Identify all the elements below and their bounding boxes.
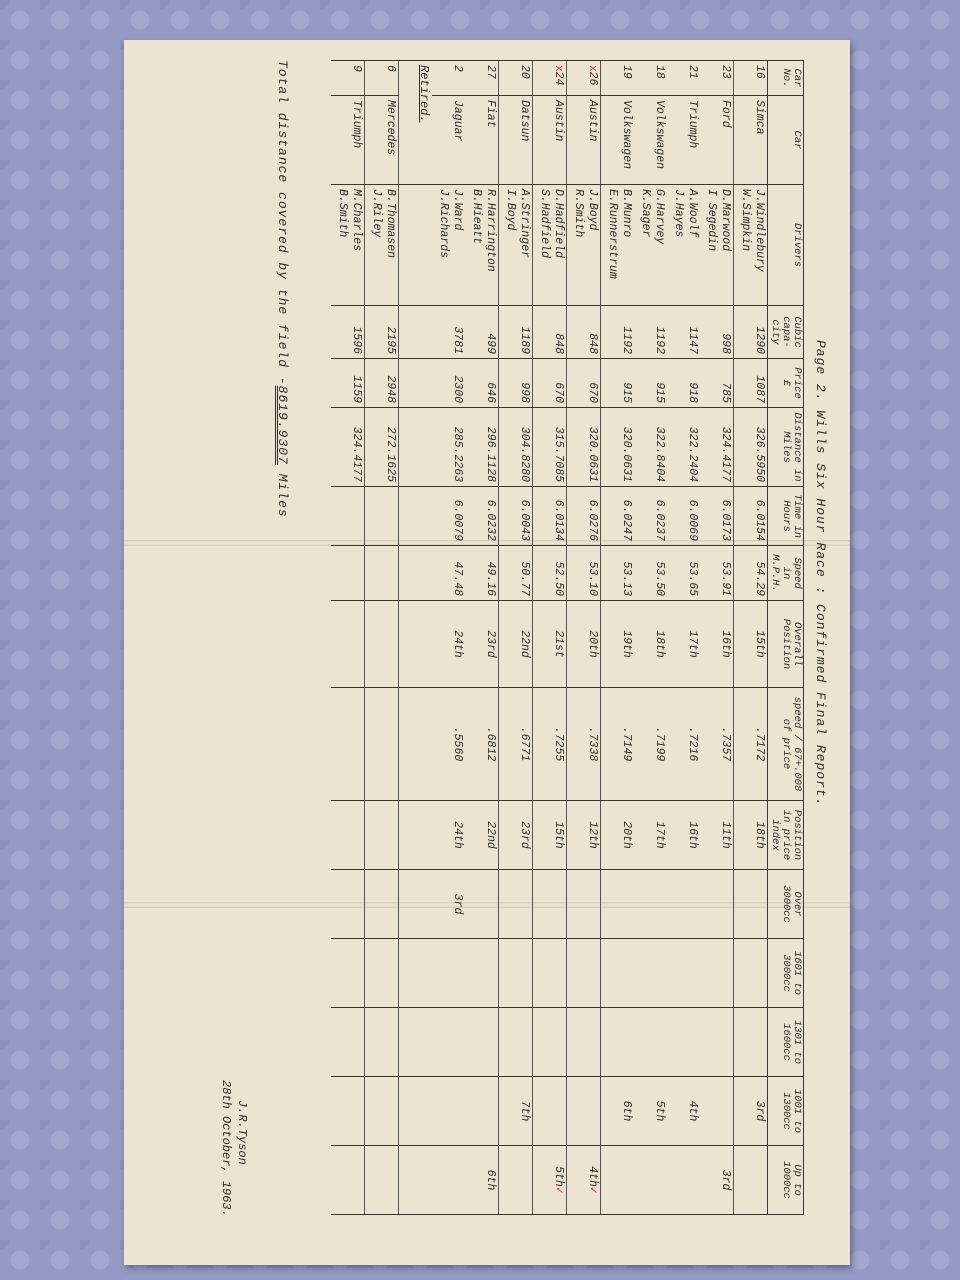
cubic-capacity: 1290 [734,306,768,359]
cubic-capacity: 1192 [634,306,667,359]
class-up-to-1000 [499,1146,533,1215]
col-class-over-3000: Over 3000cc [768,870,804,939]
drivers: J.WindleburyW.Simpkin [734,185,768,306]
red-x-mark-icon: x [552,65,564,72]
overall-position: 22nd [499,601,533,688]
car-name: Austin [567,96,601,185]
table-row: x24 Austin D.HadfieldS.Hadfield 848 670 … [533,61,567,1215]
speed: 53.13 [601,546,635,601]
class-up-to-1000 [601,1146,635,1215]
col-class-1001-1300: 1001 to 1300cc [768,1077,804,1146]
col-cubic-capacity: Cubic capa-city [768,306,804,359]
cubic-capacity: 848 [533,306,567,359]
price: 918 [667,359,700,408]
car-name: Volkswagen [601,96,635,185]
table-row: 21 Triumph A.WoolfJ.Hayes 1147 918 322.2… [667,61,700,1215]
car-no: 16 [734,61,768,96]
speed: 53.65 [667,546,700,601]
class-1001-1300 [700,1077,734,1146]
price: 670 [567,359,601,408]
drivers: G.HarveyK.Sager [634,185,667,306]
col-car: Car [768,96,804,185]
class-over-3000 [465,870,499,939]
class-1301-1600 [499,1008,533,1077]
distance: 320.0631 [601,408,635,487]
time: 6.0173 [700,487,734,546]
distance: 304.8280 [499,408,533,487]
index-position: 16th [667,801,700,870]
class-1001-1300 [533,1077,567,1146]
class-1301-1600 [533,1008,567,1077]
price-index: .7216 [667,688,700,801]
car-name: Simca [734,96,768,185]
cubic-capacity: 2195 [365,306,399,359]
class-1301-1600 [465,1008,499,1077]
cubic-capacity: 1147 [667,306,700,359]
car-name: Fiat [465,96,499,185]
price-index: .7172 [734,688,768,801]
index-position: 22nd [465,801,499,870]
time: 6.0247 [601,487,635,546]
class-1001-1300: 6th [601,1077,635,1146]
distance: 320.0631 [567,408,601,487]
index-position: 23rd [499,801,533,870]
car-no: 2 [432,61,465,96]
signature-name: J.R.Tyson [234,1080,250,1217]
col-index-position: Position in price index [768,801,804,870]
distance: 324.4177 [700,408,734,487]
class-up-to-1000 [432,1146,465,1215]
class-1601-3000 [432,939,465,1008]
distance: 322.8404 [634,408,667,487]
retired-row: 9 Triumph M.CharlesB.Smith 1596 1159 324… [331,61,365,1215]
car-no: 20 [499,61,533,96]
time: 6.0134 [533,487,567,546]
class-1301-1600 [734,1008,768,1077]
car-name: Jaguar [432,96,465,185]
table-row: 18 Volkswagen G.HarveyK.Sager 1192 915 3… [634,61,667,1215]
class-1601-3000 [465,939,499,1008]
document-sheet: Page 2. Wills Six Hour Race : Confirmed … [124,40,850,1265]
car-no: 21 [667,61,700,96]
price-index: .7199 [634,688,667,801]
drivers: D.MarwoodI Segedin [700,185,734,306]
drivers: R.HarringtonB.Hieatt [465,185,499,306]
index-position: 11th [700,801,734,870]
speed: 54.29 [734,546,768,601]
class-up-to-1000: 6th [465,1146,499,1215]
class-over-3000 [634,870,667,939]
speed: 53.50 [634,546,667,601]
price: 915 [601,359,635,408]
overall-position: 16th [700,601,734,688]
col-class-1601-3000: 1601 to 3000cc [768,939,804,1008]
red-check-icon: ✓ [586,1187,599,1194]
cubic-capacity: 1192 [601,306,635,359]
col-overall-position: Overall Position [768,601,804,688]
time: 6.0079 [432,487,465,546]
cubic-capacity: 1189 [499,306,533,359]
class-1601-3000 [667,939,700,1008]
car-no: 6 [365,61,399,96]
time: 6.0043 [499,487,533,546]
cubic-capacity: 499 [465,306,499,359]
class-1601-3000 [734,939,768,1008]
car-name: Volkswagen [634,96,667,185]
speed: 53.10 [567,546,601,601]
car-name: Triumph [667,96,700,185]
class-over-3000 [533,870,567,939]
cubic-capacity: 1596 [331,306,365,359]
class-1001-1300: 4th [667,1077,700,1146]
table-row: 23 Ford D.MarwoodI Segedin 998 785 324.4… [700,61,734,1215]
time: 6.0069 [667,487,700,546]
car-name: Austin [533,96,567,185]
car-no: 23 [700,61,734,96]
class-1001-1300 [432,1077,465,1146]
distance: 285.2263 [432,408,465,487]
class-1001-1300: 7th [499,1077,533,1146]
time: 6.0154 [734,487,768,546]
car-name: Datsun [499,96,533,185]
class-1601-3000 [499,939,533,1008]
class-up-to-1000: 3rd [700,1146,734,1215]
class-up-to-1000 [634,1146,667,1215]
price-index: .6812 [465,688,499,801]
red-x-mark-icon: x [586,65,598,72]
table-row: x26 Austin J.BoydR.Smith 848 670 320.063… [567,61,601,1215]
class-over-3000 [734,870,768,939]
cubic-capacity: 3781 [432,306,465,359]
speed: 52.50 [533,546,567,601]
price: 785 [700,359,734,408]
class-1601-3000 [601,939,635,1008]
car-no: 18 [634,61,667,96]
time: 6.0276 [567,487,601,546]
distance: 272.1625 [365,408,399,487]
class-over-3000: 3rd [432,870,465,939]
class-1001-1300 [567,1077,601,1146]
col-distance: Distance in Miles [768,408,804,487]
red-check-icon: ✓ [552,1187,565,1194]
cubic-capacity: 998 [700,306,734,359]
retired-row: 6 Mercedes B.ThomasenJ.Riley 2195 2948 2… [365,61,399,1215]
distance: 315.7085 [533,408,567,487]
index-position: 24th [432,801,465,870]
table-row: 16 Simca J.WindleburyW.Simpkin 1290 1087… [734,61,768,1215]
distance: 324.4177 [331,408,365,487]
index-position: 17th [634,801,667,870]
speed: 50.77 [499,546,533,601]
car-name: Triumph [331,96,365,185]
car-no: 9 [331,61,365,96]
price-index: .7149 [601,688,635,801]
price-index: .6771 [499,688,533,801]
price: 915 [634,359,667,408]
index-position: 20th [601,801,635,870]
class-1301-1600 [667,1008,700,1077]
time: 6.0232 [465,487,499,546]
table-row: 2 Jaguar J.WardJ.Richards 3781 2300 285.… [432,61,465,1215]
price: 1159 [331,359,365,408]
time: 6.0237 [634,487,667,546]
class-up-to-1000 [734,1146,768,1215]
index-position: 12th [567,801,601,870]
drivers: A.WoolfJ.Hayes [667,185,700,306]
index-position: 18th [734,801,768,870]
col-car-no: Car No. [768,61,804,96]
overall-position: 18th [634,601,667,688]
car-no: 19 [601,61,635,96]
car-name: Mercedes [365,96,399,185]
overall-position: 19th [601,601,635,688]
table-header: Car No. Car Drivers Cubic capa-city Pric… [768,61,804,1215]
col-class-up-to-1000: Up to 1000cc [768,1146,804,1215]
drivers: J.BoydR.Smith [567,185,601,306]
class-over-3000 [601,870,635,939]
col-class-1301-1600: 1301 to 1600cc [768,1008,804,1077]
cubic-capacity: 848 [567,306,601,359]
col-drivers: Drivers [768,185,804,306]
class-over-3000 [700,870,734,939]
table-row: 27 Fiat R.HarringtonB.Hieatt 499 646 296… [465,61,499,1215]
total-value: 8619.9307 [275,386,290,465]
drivers: M.CharlesB.Smith [331,185,365,306]
total-distance: Total distance covered by the field -861… [275,60,290,518]
speed: 49.16 [465,546,499,601]
overall-position: 21st [533,601,567,688]
class-1601-3000 [634,939,667,1008]
class-1001-1300 [465,1077,499,1146]
class-1601-3000 [533,939,567,1008]
class-1601-3000 [700,939,734,1008]
class-up-to-1000: 4th✓ [567,1146,601,1215]
price-index: .5560 [432,688,465,801]
retired-label: Retired. [399,61,433,185]
price: 1087 [734,359,768,408]
table-row: 20 Datsun A.StringerI.Boyd 1189 998 304.… [499,61,533,1215]
overall-position: 20th [567,601,601,688]
col-price: Price £ [768,359,804,408]
index-position: 15th [533,801,567,870]
car-no: x24 [533,61,567,96]
distance: 296.1128 [465,408,499,487]
class-1301-1600 [567,1008,601,1077]
drivers: D.HadfieldS.Hadfield [533,185,567,306]
class-over-3000 [667,870,700,939]
report-date: 28th October, 1963. [218,1080,234,1217]
speed: 53.91 [700,546,734,601]
distance: 322.2404 [667,408,700,487]
signature-block: J.R.Tyson 28th October, 1963. [218,1080,250,1217]
overall-position: 17th [667,601,700,688]
class-1001-1300: 3rd [734,1077,768,1146]
class-1301-1600 [601,1008,635,1077]
class-over-3000 [499,870,533,939]
class-over-3000 [567,870,601,939]
class-1301-1600 [634,1008,667,1077]
overall-position: 15th [734,601,768,688]
price-index: .7255 [533,688,567,801]
price: 646 [465,359,499,408]
drivers: B.ThomasenJ.Riley [365,185,399,306]
page-title: Page 2. Wills Six Hour Race : Confirmed … [813,340,828,806]
col-time: Time in Hours [768,487,804,546]
price-index: .7338 [567,688,601,801]
price: 998 [499,359,533,408]
price: 2948 [365,359,399,408]
results-table: Car No. Car Drivers Cubic capa-city Pric… [331,60,804,1215]
overall-position: 23rd [465,601,499,688]
overall-position: 24th [432,601,465,688]
table-row: 19 Volkswagen B.MunroE.Runnerstrum 1192 … [601,61,635,1215]
class-up-to-1000: 5th✓ [533,1146,567,1215]
retired-label-row: Retired. [399,61,433,1215]
car-no: 27 [465,61,499,96]
class-1301-1600 [432,1008,465,1077]
col-speed: Speed in M.P.H. [768,546,804,601]
col-index: speed / 67+.008 of price [768,688,804,801]
class-1301-1600 [700,1008,734,1077]
car-no: x26 [567,61,601,96]
car-name: Ford [700,96,734,185]
price: 2300 [432,359,465,408]
rotated-report: Page 2. Wills Six Hour Race : Confirmed … [124,40,850,1265]
speed: 47.48 [432,546,465,601]
drivers: J.WardJ.Richards [432,185,465,306]
drivers: A.StringerI.Boyd [499,185,533,306]
price: 670 [533,359,567,408]
distance: 326.5950 [734,408,768,487]
class-up-to-1000 [667,1146,700,1215]
drivers: B.MunroE.Runnerstrum [601,185,635,306]
class-1601-3000 [567,939,601,1008]
price-index: .7357 [700,688,734,801]
class-1001-1300: 5th [634,1077,667,1146]
